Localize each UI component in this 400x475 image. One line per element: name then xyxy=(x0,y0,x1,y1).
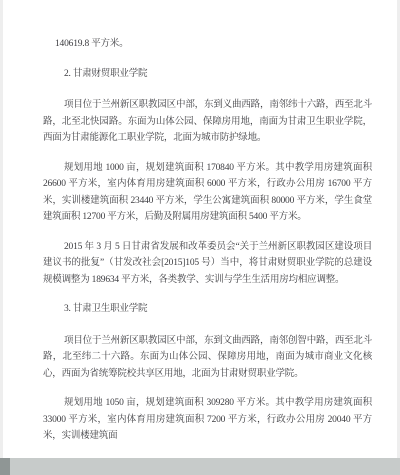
viewer-bottom-corner xyxy=(0,458,10,475)
paragraph-location-caiwu-college: 项目位于兰州新区职教园区中部，东到义曲西路，南邻纬十六路，西至北斗路，北至北快园… xyxy=(43,97,372,147)
viewer-bottom-strip xyxy=(0,458,400,475)
viewer-left-edge xyxy=(0,0,3,475)
document-viewer: 140619.8 平方米。 2. 甘肃财贸职业学院 项目位于兰州新区职教园区中部… xyxy=(0,0,400,475)
paragraph-continuation-area-total: 140619.8 平方米。 xyxy=(43,36,372,53)
section-heading-2: 2. 甘肃财贸职业学院 xyxy=(43,66,372,83)
paragraph-planning-caiwu-college: 规划用地 1000 亩，规划建筑面积 170840 平方米。其中教学用房建筑面积… xyxy=(43,160,372,226)
paragraph-approval-adjustment: 2015 年 3 月 5 日甘肃省发展和改革委员会“关于兰州新区职教园区建设项目… xyxy=(43,239,372,289)
document-page: 140619.8 平方米。 2. 甘肃财贸职业学院 项目位于兰州新区职教园区中部… xyxy=(43,36,372,458)
paragraph-location-health-college: 项目位于兰州新区职教园区中部，东到文曲西路，南邻创智中路，西至北斗路，北至纬二十… xyxy=(43,333,372,383)
paragraph-planning-health-college: 规划用地 1050 亩，规划建筑面积 309280 平方米。其中教学用房建筑面积… xyxy=(43,395,372,445)
section-heading-3: 3. 甘肃卫生职业学院 xyxy=(43,301,372,318)
